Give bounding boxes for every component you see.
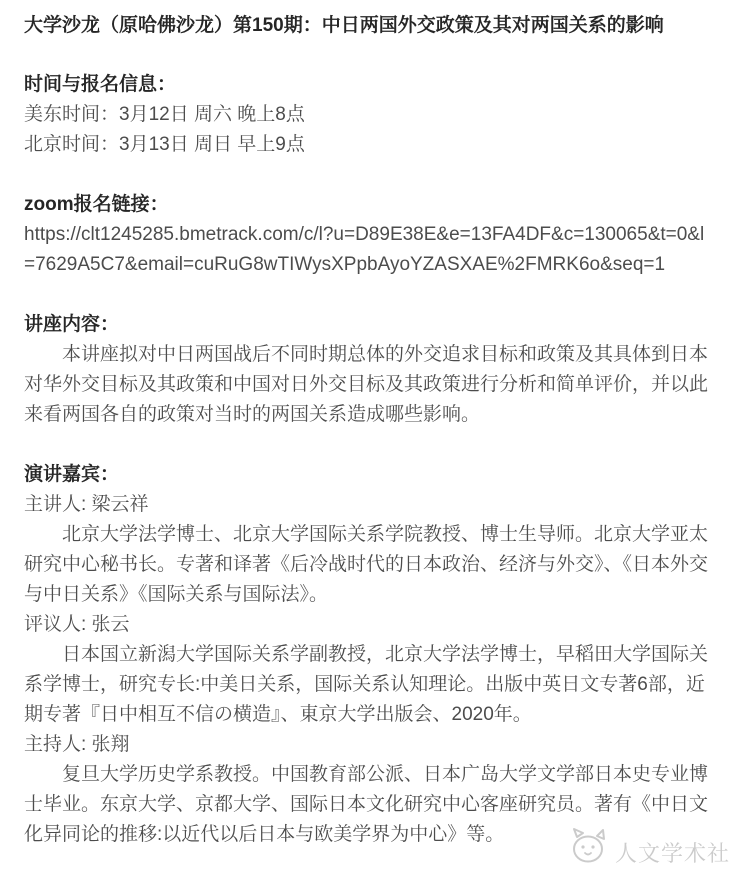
speaker-block-discussant: 评议人: 张云 日本国立新潟大学国际关系学副教授，北京大学法学博士，早稻田大学国…	[24, 610, 709, 730]
speaker-bio-lecturer: 北京大学法学博士、北京大学国际关系学院教授、博士生导师。北京大学亚太研究中心秘书…	[24, 520, 709, 610]
time-beijing-line: 北京时间：3月13日 周日 早上9点	[24, 130, 709, 160]
section-time-info: 时间与报名信息： 美东时间：3月12日 周六 晚上8点 北京时间：3月13日 周…	[24, 70, 709, 160]
speaker-role-discussant: 评议人: 张云	[24, 610, 709, 640]
speaker-block-lecturer: 主讲人: 梁云祥 北京大学法学博士、北京大学国际关系学院教授、博士生导师。北京大…	[24, 490, 709, 610]
section-speakers: 演讲嘉宾： 主讲人: 梁云祥 北京大学法学博士、北京大学国际关系学院教授、博士生…	[24, 460, 709, 850]
heading-zoom-link: zoom报名链接：	[24, 190, 709, 220]
time-us-line: 美东时间：3月12日 周六 晚上8点	[24, 100, 709, 130]
lecture-content-paragraph: 本讲座拟对中日两国战后不同时期总体的外交追求目标和政策及其具体到日本对华外交目标…	[24, 340, 709, 430]
speaker-role-lecturer: 主讲人: 梁云祥	[24, 490, 709, 520]
section-lecture-content: 讲座内容： 本讲座拟对中日两国战后不同时期总体的外交追求目标和政策及其具体到日本…	[24, 310, 709, 430]
speaker-bio-moderator: 复旦大学历史学系教授。中国教育部公派、日本广岛大学文学部日本史专业博士毕业。东京…	[24, 760, 709, 850]
speaker-block-moderator: 主持人: 张翔 复旦大学历史学系教授。中国教育部公派、日本广岛大学文学部日本史专…	[24, 730, 709, 850]
registration-url: https://clt1245285.bmetrack.com/c/l?u=D8…	[24, 220, 709, 280]
speaker-bio-discussant: 日本国立新潟大学国际关系学副教授，北京大学法学博士，早稻田大学国际关系学博士，研…	[24, 640, 709, 730]
heading-speakers: 演讲嘉宾：	[24, 460, 709, 490]
article-title: 大学沙龙（原哈佛沙龙）第150期：中日两国外交政策及其对两国关系的影响	[24, 12, 709, 40]
section-zoom-link: zoom报名链接： https://clt1245285.bmetrack.co…	[24, 190, 709, 280]
heading-lecture-content: 讲座内容：	[24, 310, 709, 340]
heading-time-info: 时间与报名信息：	[24, 70, 709, 100]
speaker-role-moderator: 主持人: 张翔	[24, 730, 709, 760]
article-page: 大学沙龙（原哈佛沙龙）第150期：中日两国外交政策及其对两国关系的影响 时间与报…	[0, 0, 732, 873]
